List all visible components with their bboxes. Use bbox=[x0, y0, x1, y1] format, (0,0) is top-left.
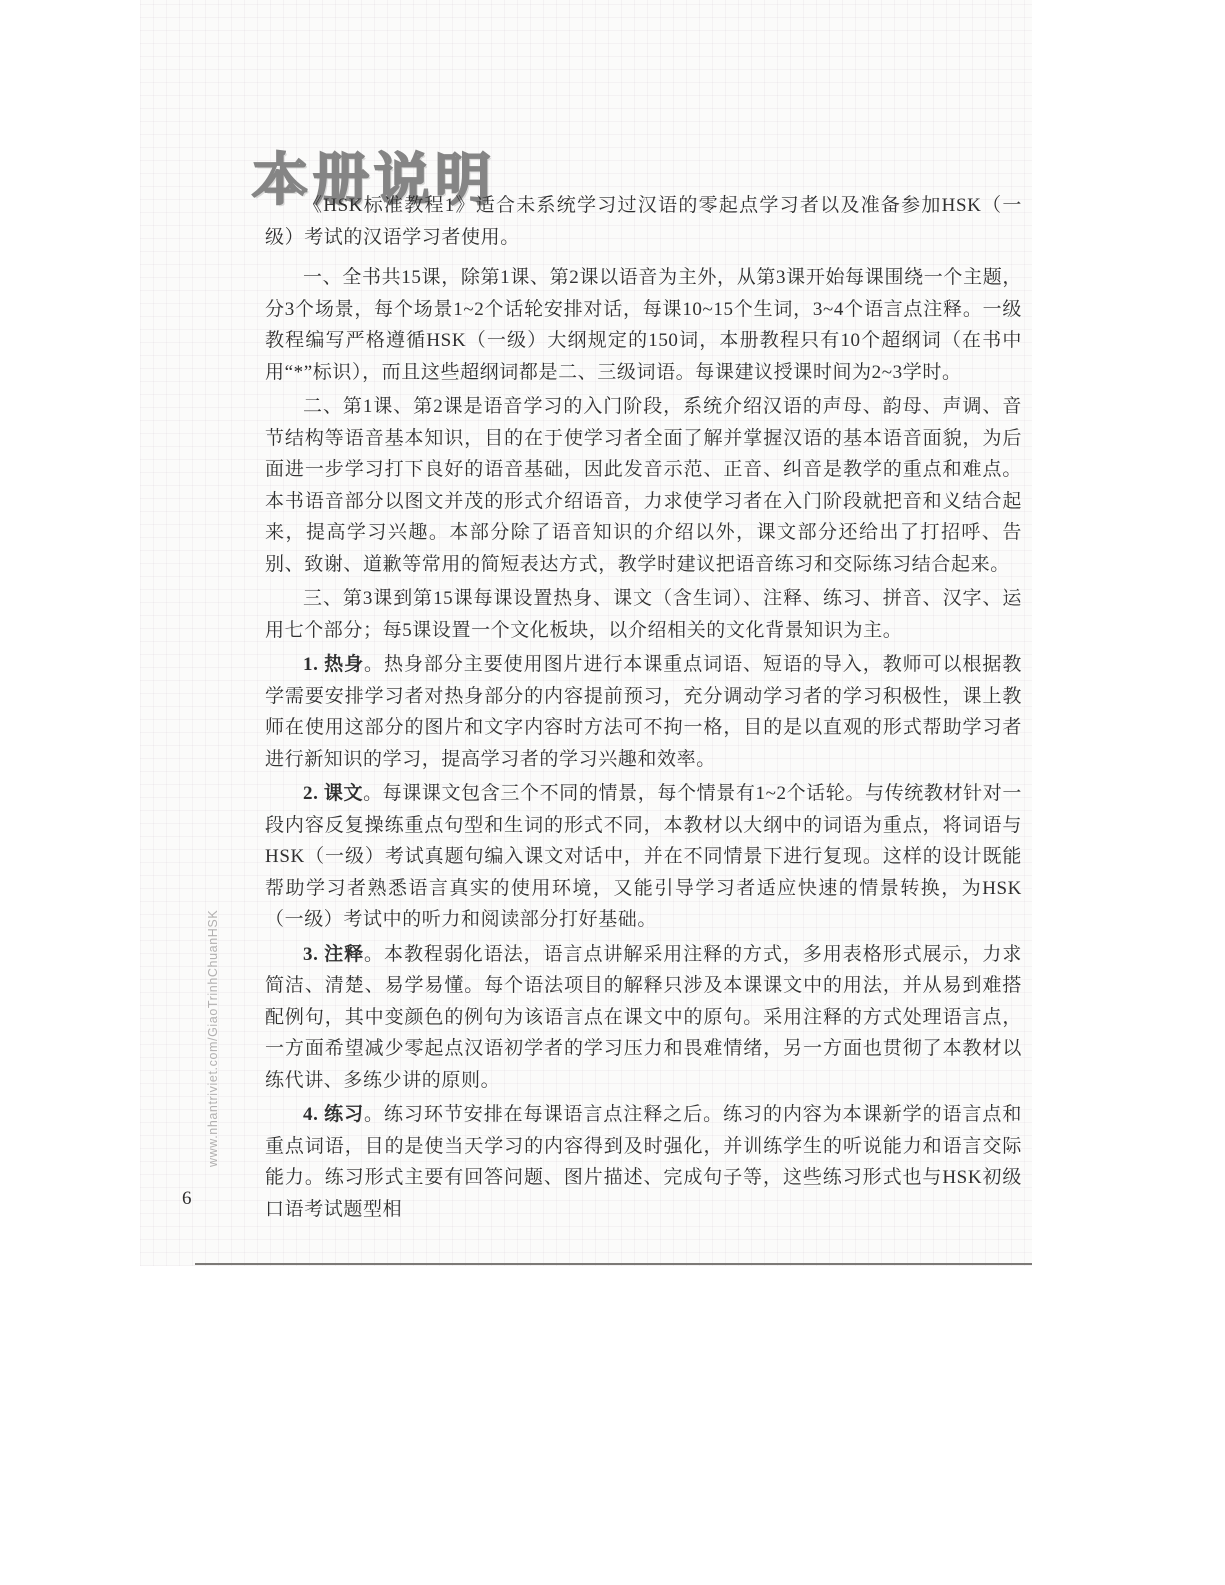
text-run: 三、第3课到第15课每课设置热身、课文（含生词）、注释、练习、拼音、汉字、运用七… bbox=[265, 588, 1022, 641]
page-number: 6 bbox=[182, 1188, 192, 1210]
scanned-page: 本册说明 《HSK标准教程1》适合未系统学习过汉语的零起点学习者以及准备参加HS… bbox=[140, 0, 1032, 1266]
paragraph: 1. 热身。热身部分主要使用图片进行本课重点词语、短语的导入，教师可以根据教学需… bbox=[265, 649, 1022, 775]
paragraph: 三、第3课到第15课每课设置热身、课文（含生词）、注释、练习、拼音、汉字、运用七… bbox=[265, 583, 1022, 646]
text-run: 1. 热身 bbox=[303, 654, 364, 675]
text-run: 二、第1课、第2课是语音学习的入门阶段，系统介绍汉语的声母、韵母、声调、音节结构… bbox=[265, 396, 1022, 575]
paragraph: 二、第1课、第2课是语音学习的入门阶段，系统介绍汉语的声母、韵母、声调、音节结构… bbox=[265, 391, 1022, 580]
paragraph: 2. 课文。每课课文包含三个不同的情景，每个情景有1~2个话轮。与传统教材针对一… bbox=[265, 778, 1022, 936]
text-run: 《HSK标准教程1》适合未系统学习过汉语的零起点学习者以及准备参加HSK（一级）… bbox=[265, 195, 1022, 248]
text-run: 。练习环节安排在每课语言点注释之后。练习的内容为本课新学的语言点和重点词语，目的… bbox=[265, 1104, 1022, 1220]
paragraph: 4. 练习。练习环节安排在每课语言点注释之后。练习的内容为本课新学的语言点和重点… bbox=[265, 1099, 1022, 1225]
body-paragraphs: 《HSK标准教程1》适合未系统学习过汉语的零起点学习者以及准备参加HSK（一级）… bbox=[265, 190, 1022, 1228]
screenshot-canvas: 本册说明 《HSK标准教程1》适合未系统学习过汉语的零起点学习者以及准备参加HS… bbox=[0, 0, 1225, 1585]
text-run: 3. 注释 bbox=[303, 944, 364, 965]
text-run: 4. 练习 bbox=[303, 1104, 364, 1125]
watermark-url: www.nhantriviet.com/GiaoTrinhChuanHSK bbox=[206, 895, 232, 1167]
page-bottom-rule bbox=[195, 1263, 1032, 1265]
text-run: 。每课课文包含三个不同的情景，每个情景有1~2个话轮。与传统教材针对一段内容反复… bbox=[265, 783, 1022, 930]
text-run: 2. 课文 bbox=[303, 783, 363, 804]
text-run: 。热身部分主要使用图片进行本课重点词语、短语的导入，教师可以根据教学需要安排学习… bbox=[265, 654, 1022, 770]
paragraph: 3. 注释。本教程弱化语法，语言点讲解采用注释的方式，多用表格形式展示，力求简洁… bbox=[265, 939, 1022, 1097]
text-run: 。本教程弱化语法，语言点讲解采用注释的方式，多用表格形式展示，力求简洁、清楚、易… bbox=[265, 944, 1022, 1091]
text-run: 一、全书共15课，除第1课、第2课以语音为主外，从第3课开始每课围绕一个主题，分… bbox=[265, 267, 1022, 383]
paragraph: 《HSK标准教程1》适合未系统学习过汉语的零起点学习者以及准备参加HSK（一级）… bbox=[265, 190, 1022, 253]
paragraph: 一、全书共15课，除第1课、第2课以语音为主外，从第3课开始每课围绕一个主题，分… bbox=[265, 262, 1022, 388]
